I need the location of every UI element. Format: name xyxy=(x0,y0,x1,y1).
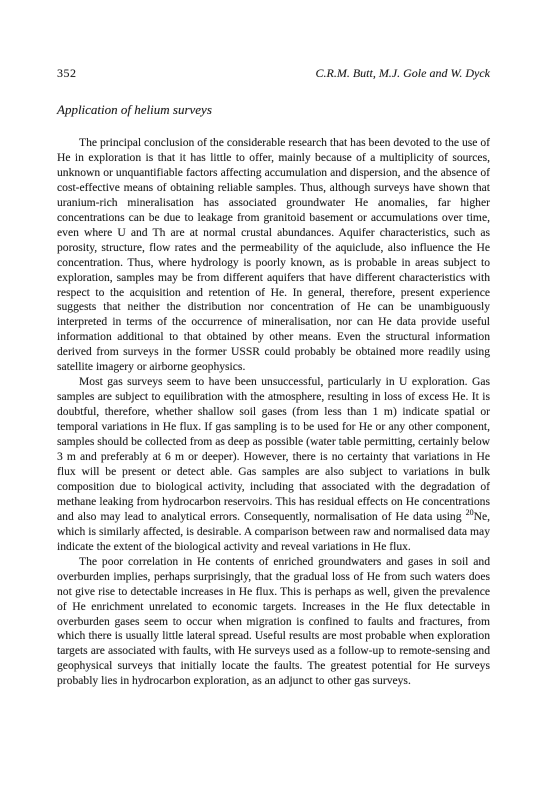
document-page: 352 C.R.M. Butt, M.J. Gole and W. Dyck A… xyxy=(0,0,544,800)
page-number: 352 xyxy=(57,67,77,80)
paragraph-2: Most gas surveys seem to have been unsuc… xyxy=(57,375,490,554)
running-header: 352 C.R.M. Butt, M.J. Gole and W. Dyck xyxy=(57,67,490,80)
page-content: 352 C.R.M. Butt, M.J. Gole and W. Dyck A… xyxy=(57,67,490,689)
paragraph-3: The poor correlation in He contents of e… xyxy=(57,555,490,690)
section-heading: Application of helium surveys xyxy=(57,103,490,117)
paragraph-1: The principal conclusion of the consider… xyxy=(57,136,490,375)
article-body: The principal conclusion of the consider… xyxy=(57,136,490,689)
paragraph-2-text-before-isotope: Most gas surveys seem to have been unsuc… xyxy=(57,375,490,523)
isotope-mass-superscript: 20 xyxy=(466,508,474,517)
running-head-authors: C.R.M. Butt, M.J. Gole and W. Dyck xyxy=(315,67,490,80)
